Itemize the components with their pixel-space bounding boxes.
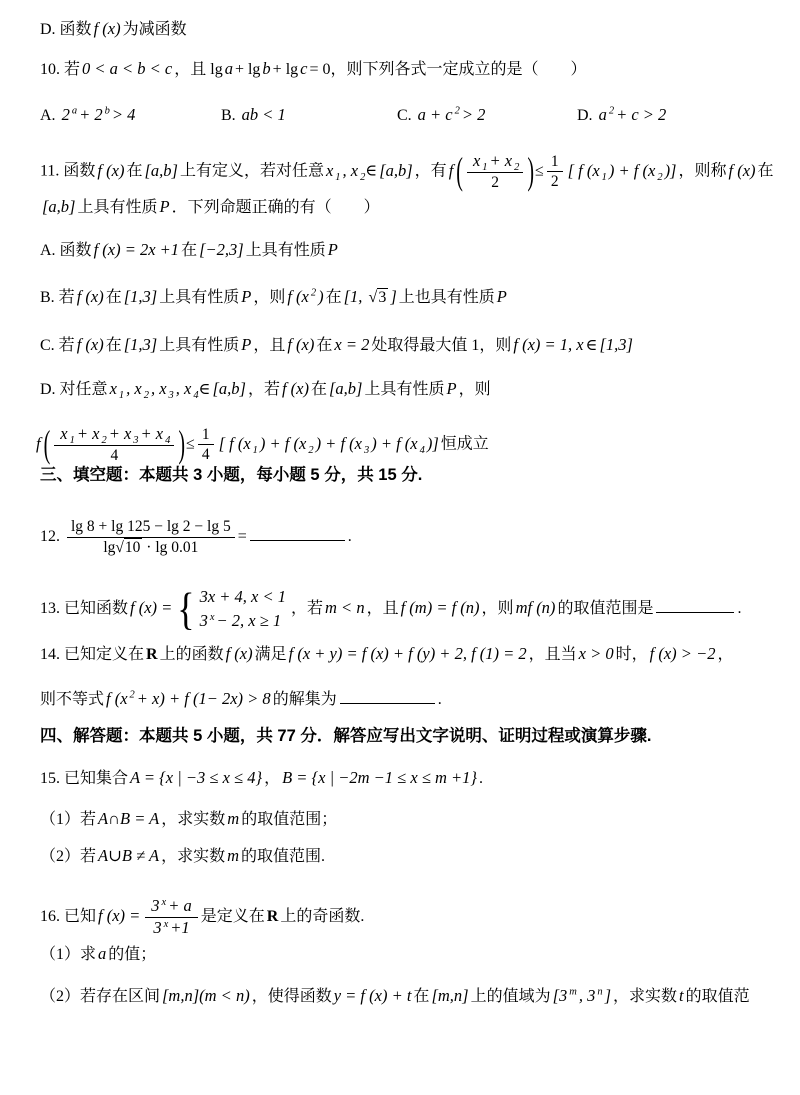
math-run: + x bbox=[77, 424, 100, 443]
math-run: 0 < a < b < c bbox=[82, 59, 172, 78]
math-run: f (x bbox=[106, 689, 128, 708]
math-run: [a,b] bbox=[379, 161, 412, 180]
text-run: A. 函数 bbox=[40, 242, 92, 259]
text-run: 15. 已知集合 bbox=[40, 770, 128, 787]
q15-part1: （1）若A∩B = A，求实数m的取值范围； bbox=[40, 808, 337, 831]
text-run: . bbox=[479, 770, 483, 787]
sup-run: 2 bbox=[609, 106, 614, 117]
math-run: 3 bbox=[151, 896, 159, 915]
text-run: R bbox=[146, 646, 158, 663]
text-run: ，则 bbox=[253, 289, 285, 306]
text-run: 上具有性质 bbox=[159, 289, 239, 306]
sub-run: 3 bbox=[169, 390, 174, 401]
math-run: x bbox=[60, 424, 67, 443]
sub-run: 2 bbox=[657, 172, 662, 183]
text-run: 的取值范围是 bbox=[557, 600, 653, 617]
q16-stem: 16. 已知f (x) =3x+ a3x+1是定义在R上的奇函数. bbox=[40, 897, 364, 938]
text-run: （1）若 bbox=[40, 811, 96, 828]
text-run: 的解集为 bbox=[273, 691, 337, 708]
text-run: ，则 bbox=[482, 600, 514, 617]
math-run: ) bbox=[318, 287, 324, 306]
math-run: + x bbox=[490, 151, 513, 170]
sub-run: 4 bbox=[420, 445, 425, 456]
text-run: 在 bbox=[316, 337, 332, 354]
big-paren: ( bbox=[456, 151, 463, 193]
text-run: 16. 已知 bbox=[40, 908, 96, 925]
q13: 13. 已知函数f (x) ={3x + 4, x < 13x− 2, x ≥ … bbox=[40, 585, 741, 634]
math-run: ] bbox=[390, 287, 396, 306]
math-run: f (x) = bbox=[130, 598, 172, 617]
math-run: f (x) bbox=[282, 379, 309, 398]
math-run: [1, bbox=[344, 287, 367, 306]
math-run: )] bbox=[665, 161, 677, 180]
text-run: 在 bbox=[758, 163, 774, 180]
q10-options-col1: A. 2a+ 2b> 4 bbox=[40, 104, 221, 127]
math-run: P bbox=[241, 335, 251, 354]
math-run: f (x + y) = f (x) + f (y) + 2, f (1) = 2 bbox=[289, 644, 527, 663]
sub-run: 1 bbox=[70, 435, 75, 446]
q14-line1: 14. 已知定义在R上的函数f (x)满足f (x + y) = f (x) +… bbox=[40, 643, 733, 666]
math-run: 3x + 4, x < 1 bbox=[200, 587, 286, 606]
math-run: x > 0 bbox=[579, 644, 614, 663]
fraction: 3x+ a3x+1 bbox=[145, 897, 197, 938]
math-run: f (x) bbox=[97, 161, 124, 180]
sub-run: 2 bbox=[514, 162, 519, 173]
math-run: f bbox=[449, 161, 454, 180]
text-run: 13. 已知函数 bbox=[40, 600, 128, 617]
math-run: ) + f (x bbox=[609, 161, 655, 180]
math-run: m < n bbox=[325, 598, 365, 617]
text-run: 上的奇函数. bbox=[280, 908, 364, 925]
text-run: ≤ bbox=[186, 436, 195, 453]
math-run: [1,3] bbox=[124, 335, 157, 354]
math-run: [−2,3] bbox=[199, 240, 244, 259]
math-run: [a,b] bbox=[212, 379, 245, 398]
sub-run: 3 bbox=[133, 435, 138, 446]
text-run: D. 对任意 bbox=[40, 381, 108, 398]
text-run: ， bbox=[717, 646, 733, 663]
math-run: x bbox=[110, 379, 117, 398]
text-run: 2 bbox=[551, 173, 559, 190]
section-answer-header: 四、解答题：本题共 5 小题，共 77 分．解答应写出文字说明、证明过程或演算步… bbox=[40, 725, 651, 747]
piecewise-brace: {3x + 4, x < 13x− 2, x ≥ 1 bbox=[177, 585, 288, 634]
math-run: f (x) = 2x +1 bbox=[94, 240, 180, 259]
math-run: [ f (x bbox=[219, 434, 251, 453]
text-run: R bbox=[267, 908, 279, 925]
q10-options-col4: D. a2+ c > 2 bbox=[577, 104, 742, 127]
math-run: f (x) bbox=[287, 335, 314, 354]
q14-line2: 则不等式f (x2+ x) + f (1− 2x) > 8的解集为. bbox=[40, 688, 442, 711]
math-run: f (x) bbox=[94, 19, 121, 38]
sup-run: m bbox=[569, 987, 577, 998]
math-run: B = {x | −2m −1 ≤ x ≤ m +1} bbox=[282, 768, 477, 787]
text-run: B. bbox=[221, 107, 240, 124]
q11-option-d-formula: f(x1+ x2+ x3+ x44)≤14[ f (x1) + f (x2) +… bbox=[34, 425, 489, 465]
q11-stem-line1: 11. 函数f (x)在[a,b]上有定义，若对任意x1, x2∈[a,b]，有… bbox=[40, 152, 774, 192]
math-run: f (x) = bbox=[98, 906, 140, 925]
math-run: + c > 2 bbox=[616, 105, 666, 124]
text-run: ，且 lg bbox=[174, 61, 222, 78]
q10-options: A. 2a+ 2b> 4B. ab < 1C. a + c2> 2D. a2+ … bbox=[40, 104, 742, 127]
q16-part1: （1）求a的值； bbox=[40, 943, 156, 966]
exam-page: D. 函数f (x)为减函数10. 若0 < a < b < c，且 lga+ … bbox=[0, 0, 800, 1095]
big-paren: ( bbox=[44, 424, 51, 466]
text-run: ，且 bbox=[367, 600, 399, 617]
text-run: 上具有性质 bbox=[364, 381, 444, 398]
text-run: 4 bbox=[110, 447, 118, 464]
math-run: f (m) = f (n) bbox=[401, 598, 480, 617]
text-run: 满足 bbox=[255, 646, 287, 663]
q11-option-c: C. 若f (x)在[1,3]上具有性质P，且f (x)在x = 2处取得最大值… bbox=[40, 334, 635, 357]
text-run: C. bbox=[397, 107, 416, 124]
fraction: 14 bbox=[198, 426, 214, 465]
sub-run: 4 bbox=[165, 435, 170, 446]
text-run: 1 bbox=[202, 426, 210, 443]
text-run: 10. 若 bbox=[40, 61, 80, 78]
sup-run: a bbox=[72, 106, 77, 117]
text-run: 14. 已知定义在 bbox=[40, 646, 144, 663]
text-run: 在 bbox=[181, 242, 197, 259]
text-run: ≤ bbox=[535, 163, 544, 180]
math-run: − 2, x ≥ 1 bbox=[217, 611, 282, 630]
text-run: 时， bbox=[616, 646, 648, 663]
text-run: 上的函数 bbox=[160, 646, 224, 663]
math-run: ab < 1 bbox=[242, 105, 286, 124]
text-run: ∈ bbox=[365, 163, 377, 180]
q15-part2: （2）若A∪B ≠ A，求实数m的取值范围. bbox=[40, 845, 325, 868]
text-run: = 0，则下列各式一定成立的是（ ） bbox=[309, 61, 586, 78]
text-run: 的取值范 bbox=[686, 988, 750, 1005]
text-run: 4 bbox=[202, 446, 210, 463]
q10-stem: 10. 若0 < a < b < c，且 lga+ lgb+ lgc= 0，则下… bbox=[40, 58, 587, 81]
radical: √10 bbox=[115, 538, 142, 556]
math-run: t bbox=[679, 986, 684, 1005]
math-run: , x bbox=[151, 379, 167, 398]
q11-option-b: B. 若f (x)在[1,3]上具有性质P，则f (x2)在[1, √3]上也具… bbox=[40, 286, 509, 309]
text-run: D. bbox=[577, 107, 597, 124]
math-run: [m,n] bbox=[431, 986, 468, 1005]
math-run: P bbox=[241, 287, 251, 306]
text-run: D. 函数 bbox=[40, 21, 92, 38]
math-run: [3 bbox=[553, 986, 568, 1005]
text-run: 上具有性质 bbox=[159, 337, 239, 354]
math-run: c bbox=[300, 59, 307, 78]
sub-run: 1 bbox=[335, 172, 340, 183]
math-run: P bbox=[159, 197, 169, 216]
text-run: （2）若 bbox=[40, 848, 96, 865]
section-fill-in-header: 三、填空题：本题共 3 小题，每小题 5 分，共 15 分. bbox=[40, 464, 422, 486]
sub-run: 1 bbox=[253, 445, 258, 456]
text-run: 上的值域为 bbox=[471, 988, 551, 1005]
sub-run: 1 bbox=[602, 172, 607, 183]
text-run: 上具有性质 bbox=[77, 199, 157, 216]
math-run: + x) + f (1− 2x) > 8 bbox=[137, 689, 271, 708]
math-run: > 2 bbox=[462, 105, 486, 124]
text-run: ，且当 bbox=[529, 646, 577, 663]
math-run: + x bbox=[141, 424, 164, 443]
q11-option-d: D. 对任意x1, x2, x3, x4∈[a,b]，若f (x)在[a,b]上… bbox=[40, 378, 491, 401]
big-paren: ) bbox=[527, 151, 534, 193]
math-run: +1 bbox=[170, 918, 189, 937]
math-run: x = 2 bbox=[334, 335, 369, 354]
q15-stem: 15. 已知集合A = {x | −3 ≤ x ≤ 4}，B = {x | −2… bbox=[40, 767, 483, 790]
q11-option-a: A. 函数f (x) = 2x +1在[−2,3]上具有性质P bbox=[40, 239, 340, 262]
text-run: ，求实数 bbox=[613, 988, 677, 1005]
text-run: 则不等式 bbox=[40, 691, 104, 708]
sup-run: b bbox=[105, 106, 110, 117]
radical: √3 bbox=[369, 288, 389, 306]
math-run: f bbox=[36, 434, 41, 453]
text-run: ，使得函数 bbox=[252, 988, 332, 1005]
q9-option-d: D. 函数f (x)为减函数 bbox=[40, 18, 187, 41]
text-run: ，求实数 bbox=[161, 848, 225, 865]
fraction: lg 8 + lg 125 − lg 2 − lg 5lg√10 · lg 0.… bbox=[67, 518, 235, 557]
math-run: , x bbox=[176, 379, 192, 398]
math-run: , x bbox=[126, 379, 142, 398]
text-run: 12. bbox=[40, 528, 64, 545]
text-run: ，有 bbox=[415, 163, 447, 180]
math-run: m bbox=[227, 809, 239, 828]
math-run: ) + f (x bbox=[371, 434, 417, 453]
math-run: m bbox=[227, 846, 239, 865]
text-run: 在 bbox=[311, 381, 327, 398]
sub-run: 2 bbox=[308, 445, 313, 456]
math-run: P bbox=[446, 379, 456, 398]
math-run: [a,b] bbox=[144, 161, 177, 180]
text-run: 在 bbox=[106, 289, 122, 306]
text-run: C. 若 bbox=[40, 337, 75, 354]
math-run: f (x) bbox=[77, 335, 104, 354]
text-run: 在 bbox=[413, 988, 429, 1005]
text-run: 在 bbox=[106, 337, 122, 354]
text-run: 的取值范围. bbox=[241, 848, 325, 865]
sup-run: 2 bbox=[455, 106, 460, 117]
text-run: 的值； bbox=[108, 946, 156, 963]
text-run: B. 若 bbox=[40, 289, 75, 306]
text-run: ∈ bbox=[586, 337, 598, 354]
math-run: > 4 bbox=[112, 105, 136, 124]
math-run: [a,b] bbox=[42, 197, 75, 216]
fraction: x1+ x22 bbox=[467, 152, 523, 192]
math-run: a bbox=[225, 59, 233, 78]
text-run: . bbox=[348, 528, 352, 545]
fraction: 12 bbox=[547, 153, 563, 192]
text-run: 在 bbox=[326, 289, 342, 306]
text-run: 1 bbox=[551, 153, 559, 170]
math-run: f (x) > −2 bbox=[650, 644, 716, 663]
text-run: ∈ bbox=[199, 381, 211, 398]
math-run: f (x) = 1, x bbox=[513, 335, 583, 354]
q10-options-col3: C. a + c2> 2 bbox=[397, 104, 577, 127]
math-run: x bbox=[473, 151, 480, 170]
text-run: . bbox=[737, 600, 741, 617]
math-run: A = {x | −3 ≤ x ≤ 4} bbox=[130, 768, 262, 787]
math-run: A∪B ≠ A bbox=[98, 846, 159, 865]
text-run: · lg 0.01 bbox=[142, 539, 198, 556]
text-run: + lg bbox=[235, 61, 260, 78]
math-run: )] bbox=[427, 434, 439, 453]
math-run: 3 bbox=[153, 918, 161, 937]
math-run: mf (n) bbox=[516, 598, 556, 617]
math-run: f (x) bbox=[226, 644, 253, 663]
sup-run: x bbox=[210, 612, 215, 623]
text-run: . bbox=[438, 691, 442, 708]
sub-run: 2 bbox=[101, 435, 106, 446]
math-run: , x bbox=[343, 161, 359, 180]
text-run: 上具有性质 bbox=[246, 242, 326, 259]
math-run: P bbox=[328, 240, 338, 259]
math-run: A∩B = A bbox=[98, 809, 159, 828]
sup-run: 2 bbox=[130, 690, 135, 701]
math-run: 3 bbox=[200, 611, 208, 630]
text-run: = bbox=[238, 528, 247, 545]
math-run: ) + f (x bbox=[316, 434, 362, 453]
text-run: ，若 bbox=[291, 600, 323, 617]
math-run: + 2 bbox=[79, 105, 103, 124]
math-run: + a bbox=[168, 896, 192, 915]
math-run: f (x) bbox=[77, 287, 104, 306]
text-run: 为减函数 bbox=[123, 21, 187, 38]
math-run: [1,3] bbox=[599, 335, 632, 354]
math-run: b bbox=[262, 59, 270, 78]
sub-run: 2 bbox=[144, 390, 149, 401]
math-run: , 3 bbox=[579, 986, 596, 1005]
math-run: [1,3] bbox=[124, 287, 157, 306]
math-run: 2 bbox=[62, 105, 70, 124]
math-run: y = f (x) + t bbox=[334, 986, 412, 1005]
text-run: 是定义在 bbox=[201, 908, 265, 925]
text-run: + lg bbox=[273, 61, 298, 78]
sup-run: n bbox=[597, 987, 602, 998]
text-run: 在 bbox=[126, 163, 142, 180]
math-run: ) + f (x bbox=[260, 434, 306, 453]
text-run: lg bbox=[103, 539, 115, 556]
text-run: （2）若存在区间 bbox=[40, 988, 160, 1005]
math-run: x bbox=[326, 161, 333, 180]
fraction: x1+ x2+ x3+ x44 bbox=[54, 425, 174, 465]
sub-run: 1 bbox=[119, 390, 124, 401]
big-paren: ) bbox=[178, 424, 185, 466]
math-run: f (x) bbox=[729, 161, 756, 180]
answer-blank bbox=[340, 688, 435, 704]
answer-blank bbox=[250, 525, 345, 541]
math-run: P bbox=[497, 287, 507, 306]
text-run: A. bbox=[40, 107, 60, 124]
math-run: [m,n](m < n) bbox=[162, 986, 250, 1005]
math-run: ] bbox=[605, 986, 611, 1005]
text-run: ，且 bbox=[253, 337, 285, 354]
text-run: 三、填空题：本题共 3 小题，每小题 5 分，共 15 分. bbox=[40, 466, 422, 484]
math-run: [a,b] bbox=[329, 379, 362, 398]
text-run: ， bbox=[264, 770, 280, 787]
text-run: 的取值范围； bbox=[241, 811, 337, 828]
sup-run: x bbox=[164, 919, 169, 930]
q10-options-col2: B. ab < 1 bbox=[221, 104, 397, 127]
math-run: a bbox=[98, 944, 106, 963]
text-run: 2 bbox=[491, 174, 499, 191]
text-run: ，则 bbox=[459, 381, 491, 398]
sup-run: x bbox=[162, 897, 167, 908]
text-run: ，求实数 bbox=[161, 811, 225, 828]
q12: 12. lg 8 + lg 125 − lg 2 − lg 5lg√10 · l… bbox=[40, 518, 352, 557]
math-run: a + c bbox=[418, 105, 453, 124]
math-run: [ f (x bbox=[568, 161, 600, 180]
math-run: + x bbox=[109, 424, 132, 443]
text-run: lg 8 + lg 125 − lg 2 − lg 5 bbox=[71, 518, 231, 535]
text-run: ，若 bbox=[248, 381, 280, 398]
math-run: a bbox=[599, 105, 607, 124]
sub-run: 1 bbox=[482, 162, 487, 173]
q16-part2: （2）若存在区间[m,n](m < n)，使得函数y = f (x) + t在[… bbox=[40, 985, 750, 1008]
text-run: 恒成立 bbox=[441, 436, 489, 453]
text-run: 上有定义，若对任意 bbox=[180, 163, 324, 180]
text-run: 四、解答题：本题共 5 小题，共 77 分．解答应写出文字说明、证明过程或演算步… bbox=[40, 727, 651, 745]
text-run: ，则称 bbox=[678, 163, 726, 180]
q11-stem-line2: [a,b]上具有性质P．下列命题正确的有（ ） bbox=[40, 196, 380, 219]
text-run: 上也具有性质 bbox=[399, 289, 495, 306]
text-run: 处取得最大值 1，则 bbox=[371, 337, 511, 354]
text-run: 11. 函数 bbox=[40, 163, 95, 180]
answer-blank bbox=[656, 597, 734, 613]
sup-run: 2 bbox=[311, 288, 316, 299]
sub-run: 3 bbox=[364, 445, 369, 456]
text-run: ．下列命题正确的有（ ） bbox=[172, 199, 380, 216]
math-run: f (x bbox=[287, 287, 309, 306]
text-run: （1）求 bbox=[40, 946, 96, 963]
